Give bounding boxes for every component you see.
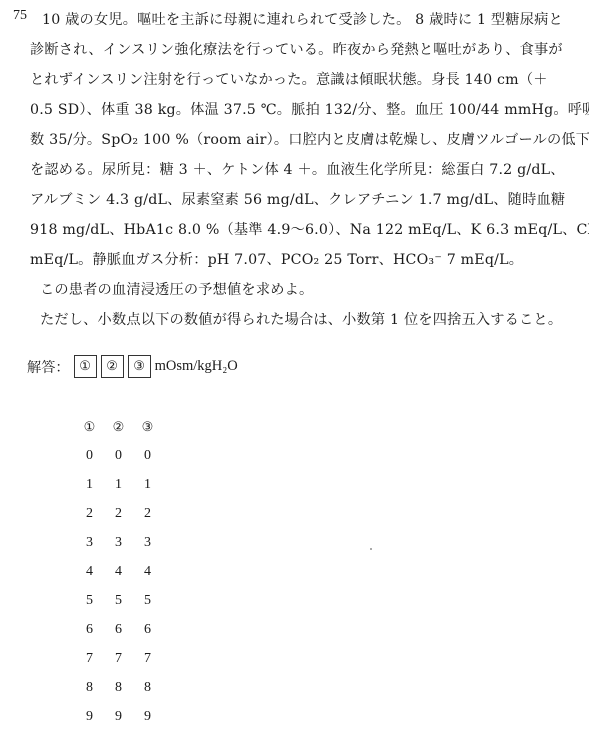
question-number: 75 bbox=[13, 8, 27, 24]
digit-option[interactable]: 1 bbox=[133, 477, 162, 493]
grid-header-row: ① ② ③ bbox=[75, 412, 162, 441]
grid-header-3: ③ bbox=[133, 419, 162, 435]
digit-option[interactable]: 5 bbox=[104, 593, 133, 609]
digit-option[interactable]: 3 bbox=[104, 535, 133, 551]
grid-row-1: 1 1 1 bbox=[75, 470, 162, 499]
answer-box-1[interactable]: ① bbox=[74, 355, 97, 378]
digit-option[interactable]: 1 bbox=[75, 477, 104, 493]
stem-line-8: 918 mg/dL、HbA1c 8.0 %（基準 4.9～6.0）、Na 122… bbox=[30, 220, 589, 240]
digit-option[interactable]: 0 bbox=[75, 448, 104, 464]
stem-line-4: 0.5 SD）、体重 38 kg。体温 37.5 ℃。脈拍 132/分、整。血圧… bbox=[30, 100, 589, 120]
digit-option[interactable]: 6 bbox=[133, 622, 162, 638]
grid-row-2: 2 2 2 bbox=[75, 499, 162, 528]
digit-option[interactable]: 1 bbox=[104, 477, 133, 493]
digit-option[interactable]: 3 bbox=[133, 535, 162, 551]
stem-line-7: アルブミン 4.3 g/dL、尿素窒素 56 mg/dL、クレアチニン 1.7 … bbox=[30, 190, 565, 210]
digit-option[interactable]: 8 bbox=[104, 680, 133, 696]
digit-option[interactable]: 9 bbox=[104, 709, 133, 725]
grid-header-2: ② bbox=[104, 419, 133, 435]
digit-selection-grid: ① ② ③ 0 0 0 1 1 1 2 2 2 3 3 3 4 4 4 5 5 … bbox=[75, 412, 162, 731]
digit-option[interactable]: 5 bbox=[75, 593, 104, 609]
grid-row-6: 6 6 6 bbox=[75, 615, 162, 644]
digit-option[interactable]: 8 bbox=[75, 680, 104, 696]
scan-speck bbox=[370, 548, 372, 550]
answer-box-2[interactable]: ② bbox=[101, 355, 124, 378]
answer-box-3[interactable]: ③ bbox=[128, 355, 151, 378]
digit-option[interactable]: 2 bbox=[75, 506, 104, 522]
answer-unit: mOsm/kgH₂O bbox=[155, 358, 238, 375]
grid-row-4: 4 4 4 bbox=[75, 557, 162, 586]
answer-label: 解答： bbox=[27, 357, 70, 377]
digit-option[interactable]: 3 bbox=[75, 535, 104, 551]
digit-option[interactable]: 6 bbox=[75, 622, 104, 638]
grid-row-7: 7 7 7 bbox=[75, 644, 162, 673]
grid-row-9: 9 9 9 bbox=[75, 702, 162, 731]
grid-row-8: 8 8 8 bbox=[75, 673, 162, 702]
stem-line-5: 数 35/分。SpO₂ 100 %（room air）。口腔内と皮膚は乾燥し、皮… bbox=[30, 130, 589, 150]
digit-option[interactable]: 9 bbox=[75, 709, 104, 725]
digit-option[interactable]: 4 bbox=[75, 564, 104, 580]
digit-option[interactable]: 4 bbox=[133, 564, 162, 580]
digit-option[interactable]: 7 bbox=[75, 651, 104, 667]
digit-option[interactable]: 4 bbox=[104, 564, 133, 580]
rounding-note: ただし、小数点以下の数値が得られた場合は、小数第 1 位を四捨五入すること。 bbox=[40, 310, 562, 330]
stem-line-9: mEq/L。静脈血ガス分析：pH 7.07、PCO₂ 25 Torr、HCO₃⁻… bbox=[30, 250, 523, 270]
grid-header-1: ① bbox=[75, 419, 104, 435]
digit-option[interactable]: 2 bbox=[104, 506, 133, 522]
stem-line-2: 診断され、インスリン強化療法を行っている。昨夜から発熱と嘔吐があり、食事が bbox=[30, 40, 563, 60]
digit-option[interactable]: 5 bbox=[133, 593, 162, 609]
stem-line-3: とれずインスリン注射を行っていなかった。意識は傾眠状態。身長 140 cm（＋ bbox=[30, 70, 548, 90]
question-prompt: この患者の血清浸透圧の予想値を求めよ。 bbox=[40, 280, 313, 300]
grid-row-0: 0 0 0 bbox=[75, 441, 162, 470]
digit-option[interactable]: 8 bbox=[133, 680, 162, 696]
grid-row-3: 3 3 3 bbox=[75, 528, 162, 557]
grid-row-5: 5 5 5 bbox=[75, 586, 162, 615]
digit-option[interactable]: 0 bbox=[133, 448, 162, 464]
digit-option[interactable]: 7 bbox=[133, 651, 162, 667]
answer-format: 解答： ① ② ③ mOsm/kgH₂O bbox=[27, 355, 238, 378]
digit-option[interactable]: 0 bbox=[104, 448, 133, 464]
digit-option[interactable]: 6 bbox=[104, 622, 133, 638]
stem-line-1: 10 歳の女児。嘔吐を主訴に母親に連れられて受診した。 8 歳時に 1 型糖尿病… bbox=[42, 10, 563, 30]
digit-option[interactable]: 9 bbox=[133, 709, 162, 725]
digit-option[interactable]: 2 bbox=[133, 506, 162, 522]
stem-line-6: を認める。尿所見：糖 3 ＋、ケトン体 4 ＋。血液生化学所見：総蛋白 7.2 … bbox=[30, 160, 565, 180]
digit-option[interactable]: 7 bbox=[104, 651, 133, 667]
